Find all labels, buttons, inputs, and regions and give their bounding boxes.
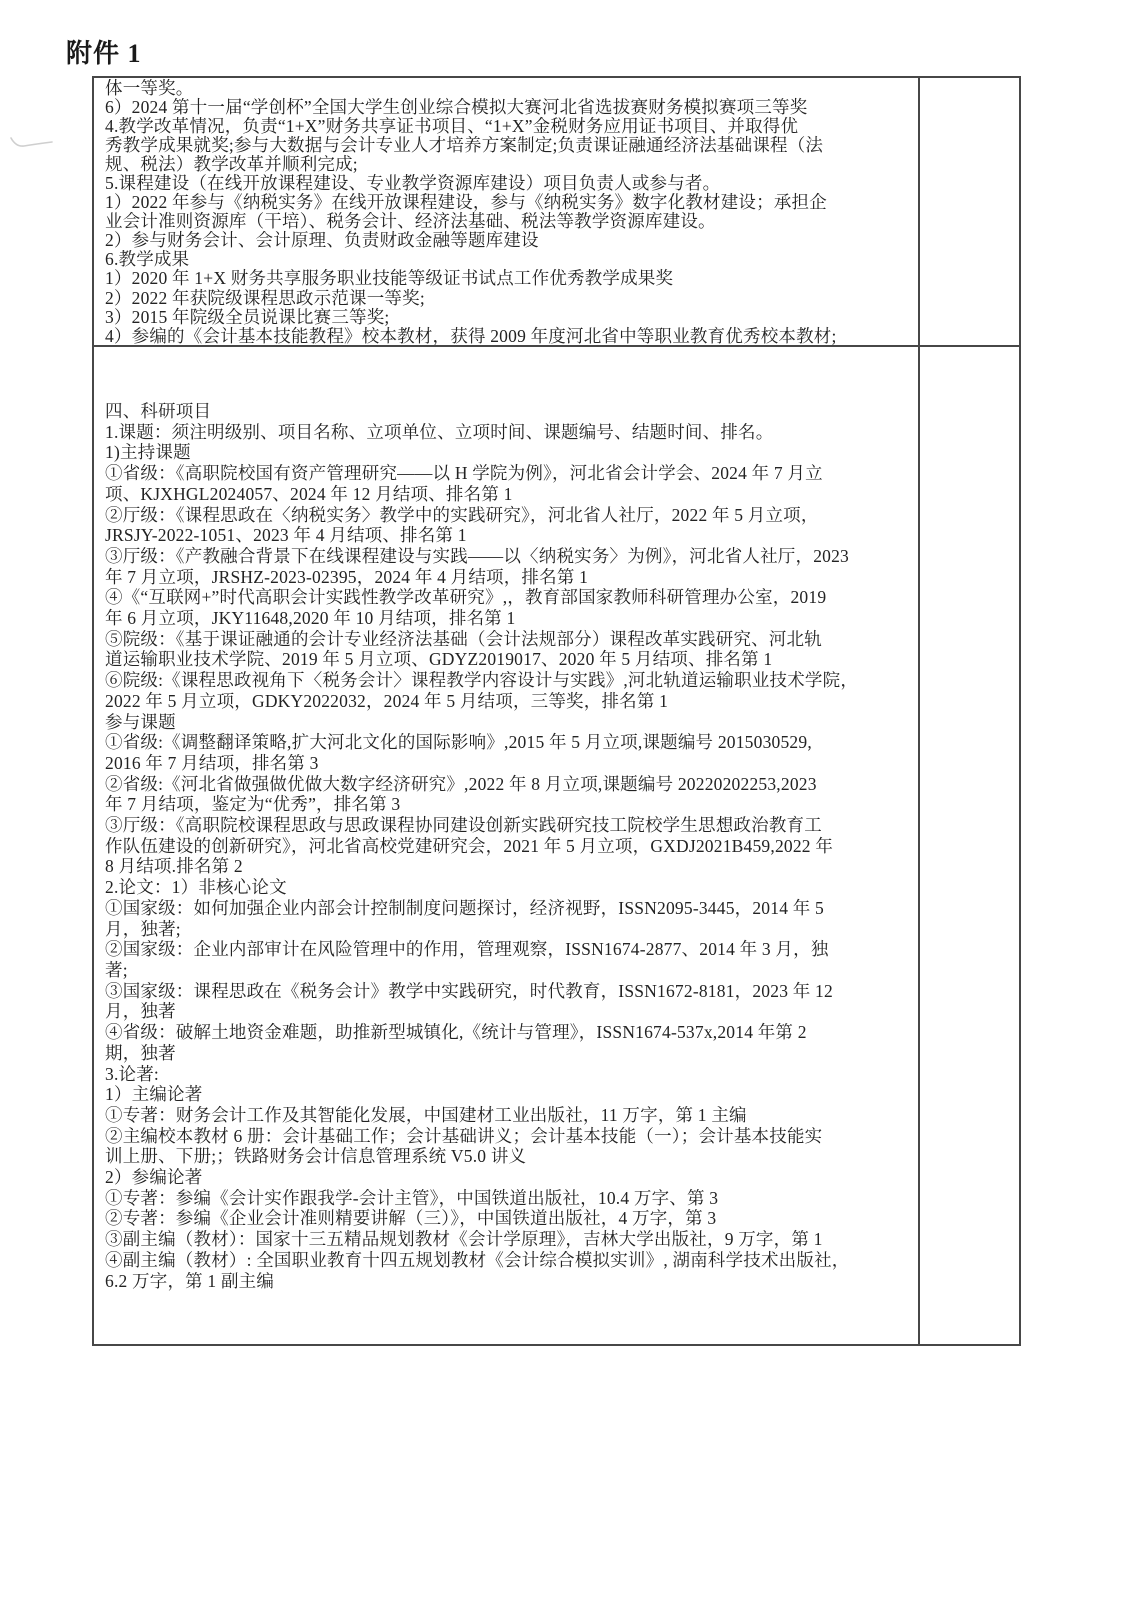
text-line: ②国家级：企业内部审计在风险管理中的作用，管理观察，ISSN1674-2877、… xyxy=(105,939,914,960)
text-line: JRSJY-2022-1051、2023 年 4 月结项、排名第 1 xyxy=(105,525,914,546)
text-line: 2）参与财务会计、会计原理、负责财政金融等题库建设 xyxy=(105,231,914,250)
table-cell-research-projects: 四、科研项目1.课题：须注明级别、项目名称、立项单位、立项时间、课题编号、结题时… xyxy=(94,347,920,1344)
text-line: 著; xyxy=(105,960,914,981)
text-line: ①省级:《调整翻译策略,扩大河北文化的国际影响》,2015 年 5 月立项,课题… xyxy=(105,732,914,753)
text-line: 1）2022 年参与《纳税实务》在线开放课程建设，参与《纳税实务》数字化教材建设… xyxy=(105,193,914,212)
text-line: 训上册、下册;；铁路财务会计信息管理系统 V5.0 讲义 xyxy=(105,1146,914,1167)
text-line: 道运输职业技术学院、2019 年 5 月立项、GDYZ2019017、2020 … xyxy=(105,649,914,670)
text-line: 1）2020 年 1+X 财务共享服务职业技能等级证书试点工作优秀教学成果奖 xyxy=(105,269,914,288)
text-line: ②厅级：《课程思政在〈纳税实务〉教学中的实践研究》，河北省人社厅，2022 年 … xyxy=(105,505,914,526)
text-line: 项、KJXHGL2024057、2024 年 12 月结项、排名第 1 xyxy=(105,484,914,505)
text-line: ③厅级：《高职院校课程思政与思政课程协同建设创新实践研究技工院校学生思想政治教育… xyxy=(105,815,914,836)
text-line: ⑥院级:《课程思政视角下〈税务会计〉课程教学内容设计与实践》,河北轨道运输职业技… xyxy=(105,670,914,691)
text-line: ②专著：参编《企业会计准则精要讲解（三）》，中国铁道出版社，4 万字，第 3 xyxy=(105,1208,914,1229)
text-line: 4.教学改革情况，负责“1+X”财务共享证书项目、“1+X”金税财务应用证书项目… xyxy=(105,117,914,136)
text-line: 4）参编的《会计基本技能教程》校本教材，获得 2009 年度河北省中等职业教育优… xyxy=(105,327,914,346)
text-line: 四、科研项目 xyxy=(105,401,914,422)
text-line: 6）2024 第十一届“学创杯”全国大学生创业综合模拟大赛河北省选拔赛财务模拟赛… xyxy=(105,98,914,117)
table-note-cell-row2 xyxy=(920,347,1019,1344)
text-line: 月，独著; xyxy=(105,919,914,940)
text-line: ④省级：破解土地资金难题，助推新型城镇化,《统计与管理》，ISSN1674-53… xyxy=(105,1022,914,1043)
text-line: ①专著：财务会计工作及其智能化发展，中国建材工业出版社，11 万字，第 1 主编 xyxy=(105,1105,914,1126)
text-line: 3.论著: xyxy=(105,1064,914,1085)
table-cell-teaching-achievements: 体一等奖。6）2024 第十一届“学创杯”全国大学生创业综合模拟大赛河北省选拔赛… xyxy=(94,78,920,347)
text-line: 6.2 万字，第 1 副主编 xyxy=(105,1271,914,1292)
text-line: 月，独著 xyxy=(105,1001,914,1022)
text-line: 1.课题：须注明级别、项目名称、立项单位、立项时间、课题编号、结题时间、排名。 xyxy=(105,422,914,443)
text-line: 1）主编论著 xyxy=(105,1084,914,1105)
table-note-cell-row1 xyxy=(920,78,1019,347)
text-line: 1)主持课题 xyxy=(105,442,914,463)
text-line: 2）2022 年获院级课程思政示范课一等奖; xyxy=(105,289,914,308)
evaluation-table: 体一等奖。6）2024 第十一届“学创杯”全国大学生创业综合模拟大赛河北省选拔赛… xyxy=(92,76,1021,1346)
text-line: 年 7 月立项，JRSHZ-2023-02395，2024 年 4 月结项，排名… xyxy=(105,567,914,588)
text-line: 参与课题 xyxy=(105,712,914,733)
text-line: 2.论文：1）非核心论文 xyxy=(105,877,914,898)
text-line: 业会计准则资源库（干培）、税务会计、经济法基础、税法等教学资源库建设。 xyxy=(105,212,914,231)
text-line: ③厅级：《产教融合背景下在线课程建设与实践——以〈纳税实务〉为例》，河北省人社厅… xyxy=(105,546,914,567)
text-line: 2016 年 7 月结项，排名第 3 xyxy=(105,753,914,774)
attachment-title: 附件 1 xyxy=(66,33,142,70)
text-line: 6.教学成果 xyxy=(105,250,914,269)
text-line: 5.课程建设（在线开放课程建设、专业教学资源库建设）项目负责人或参与者。 xyxy=(105,174,914,193)
text-line: ③国家级：课程思政在《税务会计》教学中实践研究，时代教育，ISSN1672-81… xyxy=(105,981,914,1002)
text-line: 作队伍建设的创新研究》，河北省高校党建研究会，2021 年 5 月立项，GXDJ… xyxy=(105,836,914,857)
text-line: 体一等奖。 xyxy=(105,79,914,98)
text-line: 2022 年 5 月立项，GDKY2022032，2024 年 5 月结项，三等… xyxy=(105,691,914,712)
text-line: 年 6 月立项，JKY11648,2020 年 10 月结项，排名第 1 xyxy=(105,608,914,629)
text-line: ②省级:《河北省做强做优做大数字经济研究》,2022 年 8 月立项,课题编号 … xyxy=(105,774,914,795)
text-line: ①专著：参编《会计实作跟我学-会计主管》，中国铁道出版社，10.4 万字、第 3 xyxy=(105,1188,914,1209)
text-line: ④《“互联网+”时代高职会计实践性教学改革研究》,，教育部国家教师科研管理办公室… xyxy=(105,587,914,608)
text-line: 规、税法）教学改革并顺利完成; xyxy=(105,155,914,174)
text-line: ①国家级：如何加强企业内部会计控制制度问题探讨，经济视野，ISSN2095-34… xyxy=(105,898,914,919)
text-line: ⑤院级：《基于课证融通的会计专业经济法基础（会计法规部分）课程改革实践研究、河北… xyxy=(105,629,914,650)
text-line: ②主编校本教材 6 册：会计基础工作；会计基础讲义；会计基本技能（一）；会计基本… xyxy=(105,1126,914,1147)
text-line: 2）参编论著 xyxy=(105,1167,914,1188)
text-line: 期，独著 xyxy=(105,1043,914,1064)
text-line: 8 月结项.排名第 2 xyxy=(105,856,914,877)
text-line: ③副主编（教材）：国家十三五精品规划教材《会计学原理》，吉林大学出版社，9 万字… xyxy=(105,1229,914,1250)
pen-scribble-mark xyxy=(8,128,68,156)
text-line: ①省级：《高职院校国有资产管理研究——以 H 学院为例》，河北省会计学会、202… xyxy=(105,463,914,484)
text-line: ④副主编（教材）: 全国职业教育十四五规划教材《会计综合模拟实训》, 湖南科学技… xyxy=(105,1250,914,1271)
text-line: 年 7 月结项，鉴定为“优秀”，排名第 3 xyxy=(105,794,914,815)
text-line: 3）2015 年院级全员说课比赛三等奖; xyxy=(105,308,914,327)
text-line: 秀教学成果就奖;参与大数据与会计专业人才培养方案制定;负责课证融通经济法基础课程… xyxy=(105,136,914,155)
